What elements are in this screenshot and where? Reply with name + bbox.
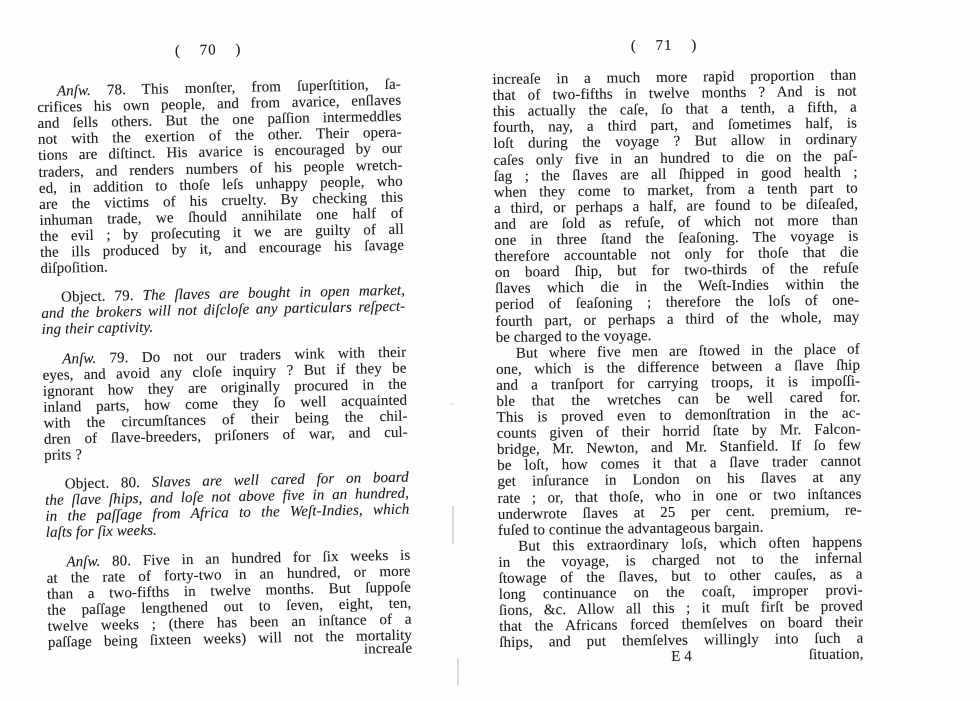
paragraph-stowage: But where five men are ſtowed in the pla…: [496, 341, 862, 539]
gutter-fold-mark: [452, 506, 454, 544]
page-body: increaſe in a much more rapid proportion…: [492, 68, 863, 652]
page-70-header: ( 70 ): [26, 39, 390, 62]
objection-80: Object. 80. Slaves are well cared for on…: [45, 470, 410, 542]
footer-line: E 4 ſituation,: [499, 647, 863, 668]
page-71: ( 71 ) increaſe in a much more rapid pro…: [492, 36, 864, 668]
objection-79: Object. 79. The ſlaves are bought in ope…: [41, 283, 406, 339]
answer-80-continued: increaſe in a much more rapid proportion…: [492, 68, 859, 346]
catchword: increaſe: [364, 641, 413, 658]
answer-80: Anſw. 80. Five in an hundred for ſix wee…: [46, 547, 412, 651]
page-body: Anſw. 78. This monſter, from ſuperſtitio…: [37, 77, 412, 651]
gutter-fold-mark: [457, 658, 459, 685]
paragraph-extraordinary-loss: But this extraordinary loſs, which often…: [498, 534, 863, 651]
signature-mark: E 4: [671, 649, 692, 665]
scan-speck: [450, 403, 453, 405]
book-scan: ( 70 ) Anſw. 78. This monſter, from ſupe…: [0, 0, 980, 701]
page-71-header: ( 71 ): [482, 36, 846, 57]
answer-79: Anſw. 79. Do not our traders wink with t…: [42, 344, 408, 464]
page-70: ( 70 ) Anſw. 78. This monſter, from ſupe…: [36, 39, 412, 664]
catchword: ſituation,: [809, 647, 864, 664]
answer-78: Anſw. 78. This monſter, from ſuperſtitio…: [37, 77, 405, 277]
